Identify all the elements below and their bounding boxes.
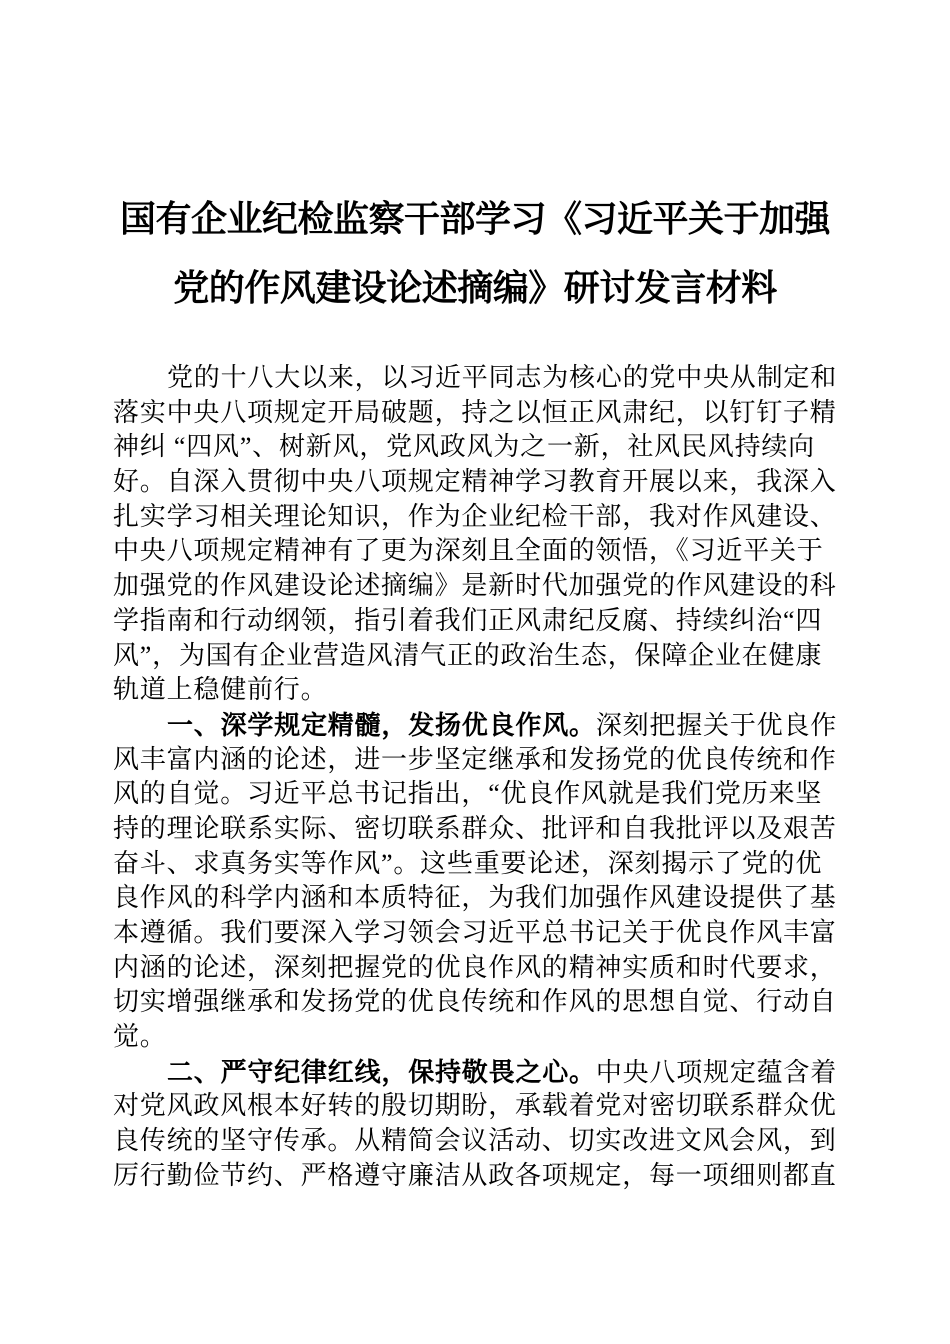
section-1-lead-text: 深刻把握关于优良作 — [596, 711, 837, 740]
paragraph-1-line: 党的十八大以来，以习近平同志为核心的党中央从制定和 — [113, 361, 837, 396]
section-2-lead-text: 中央八项规定蕴含着 — [596, 1058, 837, 1087]
title-line-1: 国有企业纪检监察干部学习《习近平关于加强 — [56, 185, 894, 254]
paragraph-2-line: 一、深学规定精髓，发扬优良作风。深刻把握关于优良作 — [113, 708, 837, 743]
paragraph-2-line: 觉。 — [113, 1020, 837, 1055]
paragraph-3-line: 对党风政风根本好转的殷切期盼，承载着党对密切联系群众优 — [113, 1089, 837, 1124]
paragraph-3-line: 厉行勤俭节约、严格遵守廉洁从政各项规定，每一项细则都直 — [113, 1159, 837, 1194]
paragraph-1-line: 好。自深入贯彻中央八项规定精神学习教育开展以来，我深入 — [113, 465, 837, 500]
paragraph-1-line: 轨道上稳健前行。 — [113, 673, 837, 708]
paragraph-2-line: 风的自觉。习近平总书记指出，“优良作风就是我们党历来坚 — [113, 777, 837, 812]
section-1-heading: 一、深学规定精髓，发扬优良作风。 — [167, 710, 596, 740]
title-line-2: 党的作风建设论述摘编》研讨发言材料 — [56, 254, 894, 323]
document-body: 党的十八大以来，以习近平同志为核心的党中央从制定和 落实中央八项规定开局破题，持… — [113, 361, 837, 1194]
document-page: 国有企业纪检监察干部学习《习近平关于加强 党的作风建设论述摘编》研讨发言材料 党… — [0, 0, 950, 1344]
paragraph-2-line: 持的理论联系实际、密切联系群众、批评和自我批评以及艰苦 — [113, 812, 837, 847]
paragraph-2-line: 风丰富内涵的论述，进一步坚定继承和发扬党的优良传统和作 — [113, 743, 837, 778]
paragraph-1-line: 落实中央八项规定开局破题，持之以恒正风肃纪，以钉钉子精 — [113, 396, 837, 431]
paragraph-2-line: 良作风的科学内涵和本质特征，为我们加强作风建设提供了基 — [113, 881, 837, 916]
document-title: 国有企业纪检监察干部学习《习近平关于加强 党的作风建设论述摘编》研讨发言材料 — [56, 185, 894, 323]
paragraph-1-line: 风”，为国有企业营造风清气正的政治生态，保障企业在健康 — [113, 639, 837, 674]
paragraph-1-line: 加强党的作风建设论述摘编》是新时代加强党的作风建设的科 — [113, 569, 837, 604]
paragraph-2-line: 本遵循。我们要深入学习领会习近平总书记关于优良作风丰富 — [113, 916, 837, 951]
paragraph-1-line: 扎实学习相关理论知识，作为企业纪检干部，我对作风建设、 — [113, 500, 837, 535]
paragraph-2-line: 奋斗、求真务实等作风”。这些重要论述，深刻揭示了党的优 — [113, 847, 837, 882]
paragraph-1-line: 学指南和行动纲领，指引着我们正风肃纪反腐、持续纠治“四 — [113, 604, 837, 639]
paragraph-2-line: 内涵的论述，深刻把握党的优良作风的精神实质和时代要求， — [113, 951, 837, 986]
paragraph-3-line: 良传统的坚守传承。从精简会议活动、切实改进文风会风，到 — [113, 1124, 837, 1159]
paragraph-1-line: 中央八项规定精神有了更为深刻且全面的领悟，《习近平关于 — [113, 534, 837, 569]
paragraph-1-line: 神纠 “四风”、树新风，党风政风为之一新，社风民风持续向 — [113, 430, 837, 465]
section-2-heading: 二、严守纪律红线，保持敬畏之心。 — [167, 1057, 596, 1087]
paragraph-3-line: 二、严守纪律红线，保持敬畏之心。中央八项规定蕴含着 — [113, 1055, 837, 1090]
paragraph-2-line: 切实增强继承和发扬党的优良传统和作风的思想自觉、行动自 — [113, 985, 837, 1020]
